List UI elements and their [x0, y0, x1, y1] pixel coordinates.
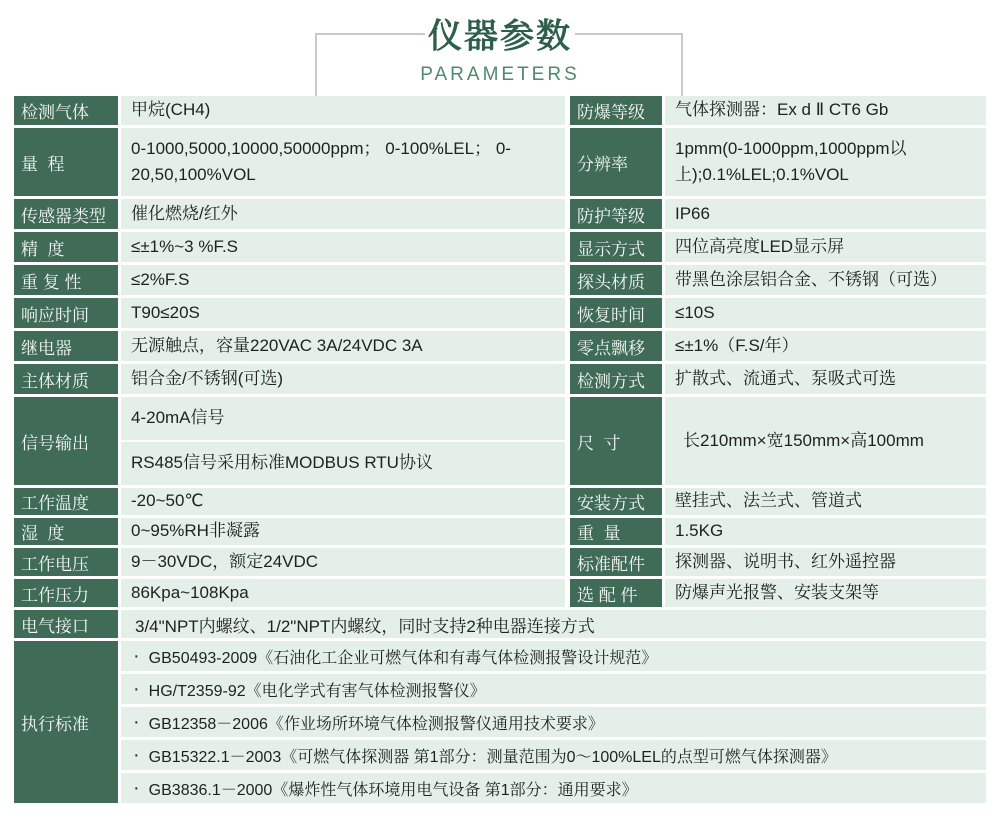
table-row: 继电器 无源触点，容量220VAC 3A/24VDC 3A 零点飘移 ≤±1%（… [14, 331, 986, 361]
row-label: 标准配件 [570, 548, 662, 576]
page-subtitle: PARAMETERS [420, 64, 580, 86]
list-item: · GB12358－2006《作业场所环境气体检测报警仪通用技术要求》 [121, 707, 986, 737]
row-value: 气体探测器：Ex d Ⅱ CT6 Gb [665, 96, 986, 125]
row-value: ≤±1%（F.S/年） [665, 331, 986, 361]
row-label: 电气接口 [14, 610, 118, 638]
row-label: 探头材质 [570, 265, 662, 295]
table-row: 重 复 性 ≤2%F.S 探头材质 带黑色涂层铝合金、不锈钢（可选） [14, 265, 986, 295]
row-label: 精 度 [14, 232, 118, 262]
row-label: 重 复 性 [14, 265, 118, 295]
table-row: 精 度 ≤±1%~3 %F.S 显示方式 四位高亮度LED显示屏 [14, 232, 986, 262]
row-label: 工作压力 [14, 579, 118, 607]
row-value: RS485信号采用标准MODBUS RTU协议 [121, 442, 565, 485]
table-row: 工作温度 -20~50℃ 安装方式 壁挂式、法兰式、管道式 [14, 488, 986, 515]
standards-list: · GB50493-2009《石油化工企业可燃气体和有毒气体检测报警设计规范》 … [121, 641, 986, 803]
table-row: 湿 度 0~95%RH非凝露 重 量 1.5KG [14, 518, 986, 545]
standard-text: GB15322.1－2003《可燃气体探测器 第1部分：测量范围为0～100%L… [149, 744, 837, 767]
table-row: 信号输出 4-20mA信号 RS485信号采用标准MODBUS RTU协议 尺 … [14, 397, 986, 485]
row-value: 四位高亮度LED显示屏 [665, 232, 986, 262]
row-value: T90≤20S [121, 298, 565, 328]
row-label: 尺 寸 [570, 397, 662, 485]
standard-text: HG/T2359-92《电化学式有害气体检测报警仪》 [149, 678, 486, 701]
standard-text: GB50493-2009《石油化工企业可燃气体和有毒气体检测报警设计规范》 [149, 645, 658, 668]
table-row: 主体材质 铝合金/不锈钢(可选) 检测方式 扩散式、流通式、泵吸式可选 [14, 364, 986, 394]
standard-text: GB3836.1－2000《爆炸性气体环境用电气设备 第1部分：通用要求》 [149, 777, 638, 800]
row-value: 4-20mA信号 [121, 397, 565, 442]
row-value: 0~95%RH非凝露 [121, 518, 565, 545]
row-value: 带黑色涂层铝合金、不锈钢（可选） [665, 265, 986, 295]
table-row: 检测气体 甲烷(CH4) 防爆等级 气体探测器：Ex d Ⅱ CT6 Gb [14, 96, 986, 125]
row-value: ≤10S [665, 298, 986, 328]
row-label: 显示方式 [570, 232, 662, 262]
row-label: 量 程 [14, 128, 118, 196]
row-label: 分辨率 [570, 128, 662, 196]
row-value: 探测器、说明书、红外遥控器 [665, 548, 986, 576]
row-value: 壁挂式、法兰式、管道式 [665, 488, 986, 515]
row-label: 响应时间 [14, 298, 118, 328]
row-value: 0-1000,5000,10000,50000ppm； 0-100%LEL； 0… [121, 128, 565, 196]
row-value: 无源触点，容量220VAC 3A/24VDC 3A [121, 331, 565, 361]
bullet-icon: · [133, 679, 140, 699]
standard-text: GB12358－2006《作业场所环境气体检测报警仪通用技术要求》 [149, 711, 604, 734]
row-label: 执行标准 [14, 641, 118, 803]
list-item: · GB3836.1－2000《爆炸性气体环境用电气设备 第1部分：通用要求》 [121, 773, 986, 803]
table-row: 工作压力 86Kpa~108Kpa 选 配 件 防爆声光报警、安装支架等 [14, 579, 986, 607]
row-label: 重 量 [570, 518, 662, 545]
row-value: 长210mm×宽150mm×高100mm [665, 397, 986, 485]
row-value: 催化燃烧/红外 [121, 199, 565, 229]
row-label: 检测气体 [14, 96, 118, 125]
row-label: 选 配 件 [570, 579, 662, 607]
row-value: 扩散式、流通式、泵吸式可选 [665, 364, 986, 394]
table-row: 响应时间 T90≤20S 恢复时间 ≤10S [14, 298, 986, 328]
row-value: 1pmm(0-1000ppm,1000ppm以上);0.1%LEL;0.1%VO… [665, 128, 986, 196]
page-title: 仪器参数 [425, 9, 575, 58]
row-label: 主体材质 [14, 364, 118, 394]
table-row-electrical: 电气接口 3/4"NPT内螺纹、1/2"NPT内螺纹，同时支持2种电器连接方式 [14, 610, 986, 638]
row-value: ≤±1%~3 %F.S [121, 232, 565, 262]
row-label: 继电器 [14, 331, 118, 361]
bullet-icon: · [133, 646, 140, 666]
row-value-group: 4-20mA信号 RS485信号采用标准MODBUS RTU协议 [121, 397, 565, 485]
row-value: 3/4"NPT内螺纹、1/2"NPT内螺纹，同时支持2种电器连接方式 [121, 610, 986, 638]
row-label: 工作温度 [14, 488, 118, 515]
row-label: 工作电压 [14, 548, 118, 576]
row-label: 湿 度 [14, 518, 118, 545]
row-label: 检测方式 [570, 364, 662, 394]
row-label: 零点飘移 [570, 331, 662, 361]
row-value: IP66 [665, 199, 986, 229]
list-item: · HG/T2359-92《电化学式有害气体检测报警仪》 [121, 674, 986, 704]
bullet-icon: · [133, 778, 140, 798]
list-item: · GB15322.1－2003《可燃气体探测器 第1部分：测量范围为0～100… [121, 740, 986, 770]
bullet-icon: · [133, 745, 140, 765]
bullet-icon: · [133, 712, 140, 732]
row-label: 信号输出 [14, 397, 118, 485]
row-value: 1.5KG [665, 518, 986, 545]
row-label: 防护等级 [570, 199, 662, 229]
table-row-standards: 执行标准 · GB50493-2009《石油化工企业可燃气体和有毒气体检测报警设… [14, 641, 986, 803]
row-value: 86Kpa~108Kpa [121, 579, 565, 607]
row-value: -20~50℃ [121, 488, 565, 515]
row-value: 甲烷(CH4) [121, 96, 565, 125]
row-value: ≤2%F.S [121, 265, 565, 295]
row-value: 铝合金/不锈钢(可选) [121, 364, 565, 394]
row-label: 防爆等级 [570, 96, 662, 125]
row-value: 9－30VDC，额定24VDC [121, 548, 565, 576]
spec-table: 检测气体 甲烷(CH4) 防爆等级 气体探测器：Ex d Ⅱ CT6 Gb 量 … [14, 96, 986, 803]
table-row: 量 程 0-1000,5000,10000,50000ppm； 0-100%LE… [14, 128, 986, 196]
row-value: 防爆声光报警、安装支架等 [665, 579, 986, 607]
table-row: 传感器类型 催化燃烧/红外 防护等级 IP66 [14, 199, 986, 229]
row-label: 传感器类型 [14, 199, 118, 229]
list-item: · GB50493-2009《石油化工企业可燃气体和有毒气体检测报警设计规范》 [121, 641, 986, 671]
table-row: 工作电压 9－30VDC，额定24VDC 标准配件 探测器、说明书、红外遥控器 [14, 548, 986, 576]
row-label: 恢复时间 [570, 298, 662, 328]
row-label: 安装方式 [570, 488, 662, 515]
